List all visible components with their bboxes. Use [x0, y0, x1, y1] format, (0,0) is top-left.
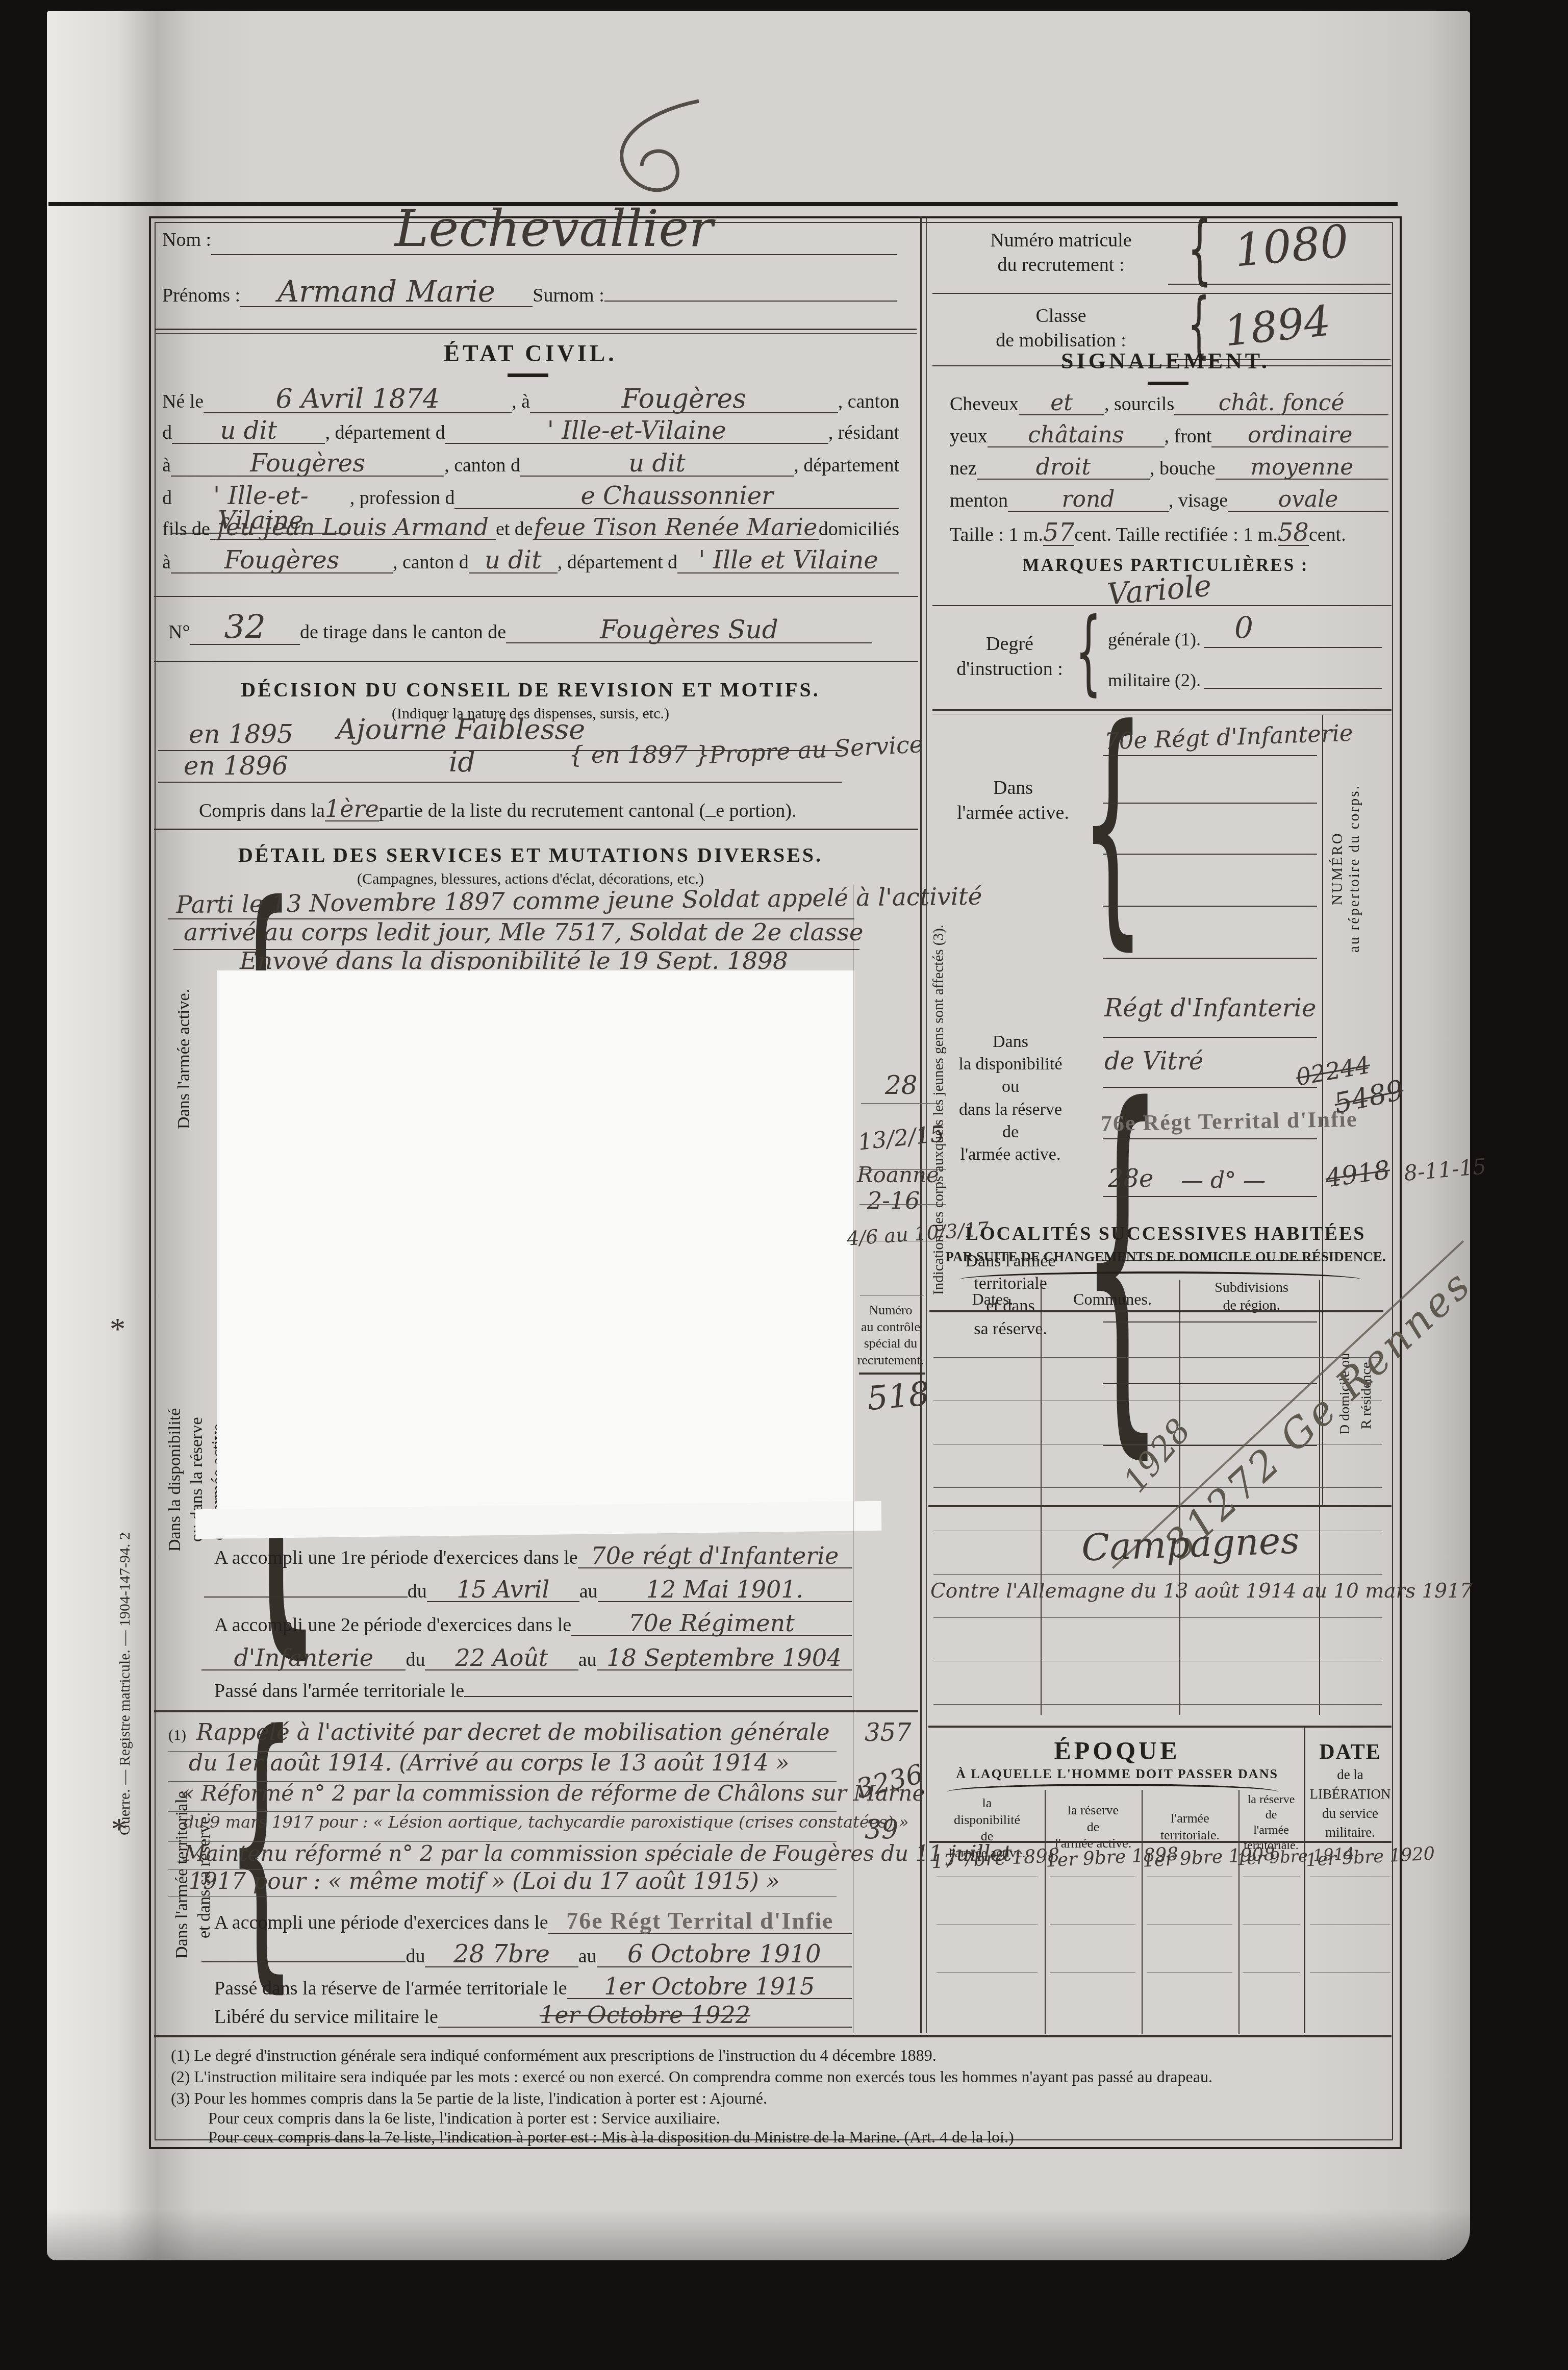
surnom-label: Surnom : [533, 284, 604, 307]
col-header-communes: Communes. [1049, 1290, 1176, 1309]
label: du [406, 1945, 425, 1967]
label: A accompli une 2e période d'exercices da… [214, 1614, 571, 1636]
rule [1103, 1383, 1317, 1384]
rule [1041, 1280, 1042, 1715]
front-value: ordinaire [1211, 424, 1388, 447]
footnote: (2) L'instruction militaire sera indiqué… [171, 2067, 1212, 2086]
birth-date: 6 Avril 1874 [204, 386, 512, 413]
mother-name: feue Tison Renée Marie [533, 515, 819, 540]
signalement-row: yeux châtains , front ordinaire [950, 424, 1388, 447]
date-subtitle: de la LIBÉRATION du service militaire. [1307, 1765, 1394, 1842]
visage-value: ovale [1228, 488, 1388, 512]
signalement-row: nez droit , bouche moyenne [950, 456, 1388, 480]
rule [932, 605, 1392, 606]
surnom-value [604, 301, 897, 302]
periode2-row: A accompli une 2e période d'exercices da… [214, 1611, 852, 1636]
epoque-col3-header: l'armée territoriale. [1144, 1810, 1236, 1843]
rule [933, 1704, 1382, 1705]
rule [860, 1295, 924, 1295]
taille-row: Taille : 1 m. 57 cent. Taille rectifiée … [950, 520, 1388, 546]
rule [154, 1710, 918, 1712]
footnote: (3) Pour les hommes compris dans la 5e p… [171, 2089, 767, 2108]
rule [933, 1357, 1382, 1358]
title-dash [508, 373, 548, 377]
decision-1897: { en 1897 } [569, 741, 710, 768]
label: Passé dans la réserve de l'armée territo… [214, 1977, 567, 2000]
signalement-title: SIGNALEMENT. [941, 348, 1390, 374]
title-dash [1148, 382, 1188, 385]
generale-value: 0 [1234, 610, 1253, 645]
campagnes-value: Contre l'Allemagne du 13 août 1914 au 10… [930, 1580, 1473, 1603]
armee-active-label: Dans l'armée active. [952, 776, 1074, 826]
periode3-dates-row: du 28 7bre au 6 Octobre 1910 [201, 1942, 852, 1967]
canton-value: u dit [520, 451, 794, 477]
label: de tirage dans le canton de [300, 621, 506, 643]
periode3-date-debut: 28 7bre [425, 1942, 578, 1967]
label: Taille : 1 m. [950, 523, 1043, 546]
rule [1204, 647, 1382, 648]
rule [932, 709, 1392, 711]
periode2-date-fin: 18 Septembre 1904 [597, 1646, 852, 1670]
label: Né le [162, 390, 204, 413]
label: à [162, 551, 171, 573]
col-header-subdivisions: Subdivisions de région. [1186, 1279, 1317, 1314]
localites-title: LOCALITÉS SUCCESSIVES HABITÉES [941, 1223, 1390, 1245]
label: Libéré du service militaire le [214, 2006, 438, 2028]
label: , visage [1169, 489, 1228, 512]
label: fils de [162, 518, 210, 540]
rule [933, 1617, 1382, 1618]
rule [1050, 1973, 1135, 1973]
label: partie de la liste du recrutement canton… [379, 800, 705, 822]
rule [156, 329, 917, 330]
taille-rectifiee-value: 58 [1278, 520, 1309, 546]
rule [1103, 1321, 1317, 1323]
instruction-label: Degré d'instruction : [945, 632, 1075, 682]
rappel-line: 1917 pour : « même motif » (Loi du 17 ao… [189, 1868, 780, 1894]
etat-civil-row: à Fougères , canton d u dit , départemen… [162, 451, 899, 477]
label: , profession d [350, 487, 455, 509]
periode1-dates-row: du 15 Avril au 12 Mai 1901. [204, 1578, 852, 1603]
epoque-col2-header: la réserve de l'armée active. [1047, 1802, 1140, 1852]
rule [168, 1896, 837, 1897]
periode3-date-fin: 6 Octobre 1910 [597, 1942, 852, 1967]
decision-1896: en 1896 [184, 751, 288, 781]
tirage-row: N° 32 de tirage dans le canton de Fougèr… [168, 611, 872, 645]
regiment-stamp: 76e Régt Territal d'Infie [548, 1909, 852, 1934]
blank [204, 1596, 408, 1598]
rule [1103, 1196, 1317, 1197]
periode2-dates-row: d'Infanterie du 22 Août au 18 Septembre … [201, 1646, 852, 1671]
etat-civil-row: à Fougères , canton d u dit , départemen… [162, 548, 899, 573]
rappel-line: « Réformé n° 2 par la commission de réfo… [181, 1781, 925, 1806]
tirage-canton: Fougères Sud [506, 617, 872, 643]
rule [154, 596, 918, 597]
menton-value: rond [1008, 488, 1169, 512]
periode1-row: A accompli une 1re période d'exercices d… [214, 1544, 852, 1569]
rule [861, 1103, 938, 1104]
periode2-date-debut: 22 Août [425, 1646, 578, 1670]
rule [1319, 1280, 1320, 1715]
label: à [162, 454, 171, 477]
margin-label-armee-active: Dans l'armée active. [174, 939, 194, 1179]
label: et de [496, 518, 533, 540]
rule [929, 1841, 1392, 1843]
matricule-label: Numéro matricule du recrutement : [941, 229, 1181, 277]
label: e portion). [716, 800, 796, 822]
periode1-date-debut: 15 Avril [427, 1578, 579, 1602]
paper-shadow [47, 2209, 1470, 2260]
rule [928, 1726, 1392, 1728]
white-patch-overlay [217, 970, 854, 1511]
margin-asterisk: * [110, 1311, 125, 1348]
signalement-row: menton rond , visage ovale [950, 488, 1388, 512]
rule [1103, 906, 1317, 907]
rule [937, 1973, 1038, 1973]
prenoms-label: Prénoms : [162, 284, 240, 307]
rule [1204, 688, 1382, 689]
campagnes-title: Campagnes [1081, 1519, 1300, 1569]
label: Cheveux [950, 393, 1019, 415]
label: au [579, 1580, 598, 1603]
label: au [578, 1945, 597, 1967]
label: au [578, 1649, 597, 1671]
territoriale-stamp: 76e Régt Territal d'Infie [1101, 1106, 1358, 1137]
rule [154, 829, 918, 830]
label: , canton d [393, 551, 469, 573]
rule [1147, 1925, 1232, 1925]
label: N° [168, 621, 190, 643]
rule [1304, 1727, 1305, 2033]
scanned-military-register-page: Nom : Lechevallier Prénoms : Armand Mari… [0, 0, 1568, 2370]
rule [1310, 1877, 1390, 1877]
label: du [408, 1580, 427, 1603]
territoriale-28e: 28e [1108, 1164, 1153, 1193]
periode2-corps: 70e Régiment [571, 1611, 852, 1636]
label: A accompli une période d'exercices dans … [214, 1911, 548, 1934]
label: , sourcils [1104, 393, 1174, 415]
matricule-value: 1080 [1232, 214, 1351, 277]
rule [1103, 803, 1317, 804]
taille-value: 57 [1043, 520, 1074, 546]
disponibilite-corps-1: Régt d'Infanterie [1104, 994, 1316, 1022]
numero-repertoire-header: NUMÉRO au répertoire du corps. [1329, 720, 1363, 1016]
territoriale-ditto: — d° — [1181, 1167, 1266, 1193]
label: , résidant [828, 421, 899, 444]
rappel-line: du 9 mars 1917 pour : « Lésion aortique,… [184, 1812, 908, 1832]
departement-value: ' Ille et Vilaine [677, 548, 899, 573]
rappel-line: Rappelé à l'activité par decret de mobil… [196, 1719, 830, 1745]
canton-value: u dit [469, 548, 558, 573]
label: d [162, 421, 172, 444]
departement-value: ' Ille-et-Vilaine [445, 418, 828, 444]
birth-place: Fougères [530, 386, 838, 413]
rule [933, 1487, 1382, 1488]
rule [1050, 1925, 1135, 1925]
rule [1147, 1877, 1232, 1877]
spine-imprint: Guerre. — Registre matricule. — 1904-147… [116, 1429, 134, 1939]
name-row: Nom : Lechevallier [162, 203, 897, 255]
nez-value: droit [977, 456, 1150, 480]
decision-motif-1896: id [449, 746, 475, 778]
residence-value: Fougères [171, 451, 444, 477]
rule [168, 1811, 837, 1812]
service-entry-2: arrivé au corps ledit jour, Mle 7517, So… [184, 918, 864, 946]
father-name: feu Jean Louis Armand [210, 515, 496, 540]
bouche-value: moyenne [1216, 456, 1388, 480]
compris-partie: 1ère [325, 797, 379, 821]
label: d [162, 487, 172, 509]
label: A accompli une 1re période d'exercices d… [214, 1546, 578, 1569]
brace-decoration: { [1187, 297, 1210, 353]
localites-subtitle: PAR SUITE DE CHANGEMENTS DE DOMICILE OU … [941, 1249, 1390, 1265]
rule [929, 1310, 1383, 1312]
rule [158, 782, 842, 783]
rule [1243, 1925, 1300, 1925]
label: , canton d [444, 454, 520, 477]
rule [1179, 1280, 1180, 1715]
rule [1243, 1877, 1300, 1877]
label: nez [950, 457, 977, 480]
label: yeux [950, 425, 988, 447]
rule [154, 2035, 1392, 2037]
controle-special-number: 518 [866, 1375, 931, 1418]
margin-number: 39 [865, 1814, 898, 1845]
compris-row: Compris dans la 1ère partie de la liste … [199, 797, 893, 822]
libere-row: Libéré du service militaire le 1er Octob… [214, 2003, 852, 2028]
decision-1895: en 1895 [189, 719, 293, 749]
rule [928, 1505, 1392, 1507]
prenoms-value: Armand Marie [240, 277, 533, 307]
label: cent. Taille rectifiée : 1 m. [1074, 523, 1278, 546]
label: Passé dans l'armée territoriale le [214, 1680, 464, 1702]
nom-value: Lechevallier [211, 203, 897, 255]
classe-label: Classe de mobilisation : [941, 304, 1181, 353]
decision-motif-1895: Ajourné Faiblesse [337, 713, 585, 745]
prenoms-row: Prénoms : Armand Marie Surnom : [162, 277, 897, 307]
generale-label: générale (1). [1108, 629, 1201, 650]
rule [937, 1877, 1038, 1877]
etat-civil-title: ÉTAT CIVIL. [161, 340, 900, 367]
rule [1103, 755, 1317, 756]
epoque-title: ÉPOQUE [933, 1736, 1301, 1765]
rule [933, 1661, 1382, 1661]
label: , département [794, 454, 899, 477]
label: , bouche [1150, 457, 1216, 480]
controle-special-header: Numéro au contrôle spécial du recrutemen… [857, 1302, 924, 1368]
footnote: Pour ceux compris dans la 7e liste, l'in… [208, 2128, 1014, 2147]
rule [1142, 1790, 1143, 2034]
rule [154, 661, 918, 662]
margin-number: 357 [865, 1718, 912, 1747]
rule [1147, 1973, 1232, 1973]
label: , département d [325, 421, 445, 444]
rappel-line: du 1er août 1914. (Arrivé au corps le 13… [189, 1750, 789, 1776]
signalement-row: Cheveux et , sourcils chât. foncé [950, 392, 1388, 415]
periode1-corps: 70e régt d'Infanterie [578, 1544, 852, 1568]
cheveux-value: et [1019, 392, 1104, 415]
passe-reserve-date: 1er Octobre 1915 [567, 1975, 852, 1999]
rule [859, 1373, 925, 1375]
nom-label: Nom : [162, 229, 211, 251]
label: , front [1165, 425, 1212, 447]
passe-reserve-row: Passé dans la réserve de l'armée territo… [214, 1975, 852, 2000]
fragment-note: 28 [885, 1070, 918, 1100]
epoque-value: 1er 9bre 1914 [1236, 1847, 1303, 1869]
rule [1103, 958, 1317, 959]
label: , département d [558, 551, 677, 573]
footnote: (1) Le degré d'instruction générale sera… [171, 2046, 937, 2065]
label: domiciliés [819, 518, 899, 540]
yeux-value: châtains [988, 424, 1165, 447]
blank [464, 1696, 852, 1697]
ink-flourish [571, 97, 714, 214]
periode3-row: A accompli une période d'exercices dans … [214, 1909, 852, 1934]
parents-residence: Fougères [171, 548, 393, 573]
rule [937, 1925, 1038, 1925]
rule [1103, 1138, 1317, 1139]
rule [1050, 1877, 1135, 1877]
date-title: DATE [1307, 1740, 1394, 1764]
periode1-date-fin: 12 Mai 1901. [598, 1578, 852, 1602]
label: du [406, 1649, 425, 1671]
etat-civil-row: Né le 6 Avril 1874 , à Fougères , canton [162, 386, 899, 413]
etat-civil-row: d u dit , département d ' Ille-et-Vilain… [162, 418, 899, 444]
label: cent. [1309, 523, 1346, 546]
epoque-subtitle: À LAQUELLE L'HOMME DOIT PASSER DANS [933, 1766, 1301, 1782]
rule [1045, 1790, 1046, 2034]
fragment-note: Roanne [857, 1162, 939, 1187]
canton-value: u dit [172, 418, 325, 444]
tirage-number: 32 [190, 611, 300, 645]
rule [932, 714, 1392, 714]
footnote: Pour ceux compris dans la 6e liste, l'in… [208, 2109, 720, 2128]
corps-vertical-note: Indication des corps auxquels les jeunes… [930, 730, 947, 1490]
rule [1310, 1925, 1390, 1925]
decision-title: DÉCISION DU CONSEIL DE REVISION ET MOTIF… [161, 678, 900, 702]
rule [1103, 854, 1317, 855]
margin-asterisk: * [111, 1811, 127, 1848]
rule [932, 293, 1392, 294]
periode2-corps-suite: d'Infanterie [201, 1646, 406, 1670]
sourcils-value: chât. foncé [1174, 392, 1388, 415]
portion-blank [705, 816, 716, 817]
rule [933, 1574, 1382, 1575]
label: Compris dans la [199, 800, 325, 822]
label: , à [512, 390, 530, 413]
etat-civil-row: fils de feu Jean Louis Armand et de feue… [162, 515, 899, 540]
footnote-marker: (1) [168, 1727, 186, 1744]
profession-value: e Chaussonnier [454, 484, 899, 509]
rule [1243, 1973, 1300, 1973]
brace-decoration: { [1187, 219, 1212, 279]
rule [1310, 1973, 1390, 1973]
libere-date: 1er Octobre 1922 [438, 2003, 852, 2028]
col-header-dates: Dates. [947, 1290, 1039, 1309]
rule [156, 333, 917, 334]
disponibilite-label: Dans la disponibilité ou dans la réserve… [947, 1031, 1074, 1166]
passe-territoriale-row: Passé dans l'armée territoriale le [214, 1680, 852, 1702]
label: menton [950, 489, 1008, 512]
fragment-note: 2-16 [867, 1187, 920, 1214]
blank [201, 1961, 406, 1962]
label: , canton [838, 390, 899, 413]
